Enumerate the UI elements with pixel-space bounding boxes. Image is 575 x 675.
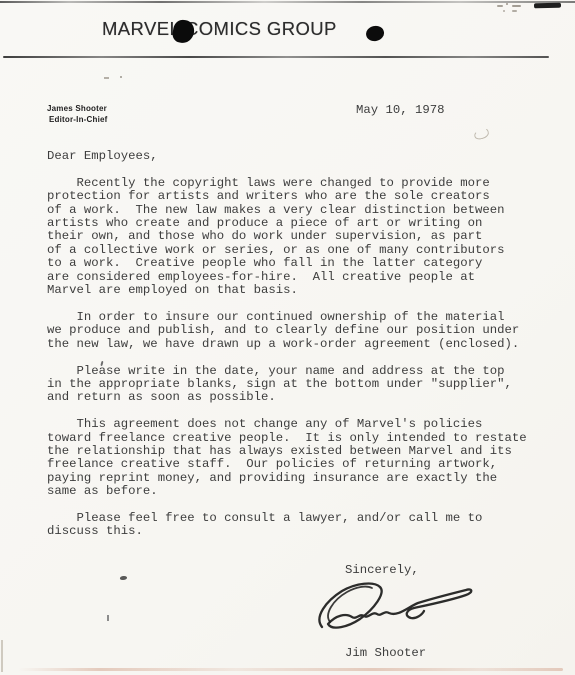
- company-name: MARVEL COMICS GROUP: [102, 18, 337, 40]
- sender-block: James Shooter Editor-In-Chief: [47, 103, 108, 125]
- scan-artifact-bottom-edge: [18, 668, 563, 671]
- scan-speck: [120, 76, 122, 78]
- letter-body: Dear Employees, Recently the copyright l…: [47, 150, 527, 539]
- scan-artifact-top-edge: [0, 1, 575, 3]
- pencil-mark: [497, 5, 503, 7]
- ink-dot-icon: [365, 24, 386, 42]
- scanned-letter-page: MARVEL COMICS GROUP James Shooter Editor…: [0, 0, 575, 675]
- pencil-mark: [503, 10, 505, 12]
- sender-name: James Shooter: [47, 103, 108, 114]
- pencil-mark: [506, 3, 508, 5]
- scan-speck: [107, 615, 109, 621]
- pencil-mark: [512, 10, 517, 12]
- signed-name: Jim Shooter: [345, 646, 426, 660]
- signature-jim-shooter: [315, 577, 481, 637]
- scan-speck: [104, 77, 109, 79]
- scan-artifact-left-edge: [1, 640, 3, 672]
- masthead-divider: [3, 56, 549, 58]
- letter-date: May 10, 1978: [356, 103, 445, 117]
- valediction: Sincerely,: [345, 563, 419, 577]
- sender-title: Editor-In-Chief: [47, 114, 108, 125]
- scan-speck: [119, 576, 127, 580]
- pencil-squiggle: [473, 127, 490, 140]
- pencil-mark: [512, 5, 521, 7]
- ink-dash-mark: [534, 2, 561, 7]
